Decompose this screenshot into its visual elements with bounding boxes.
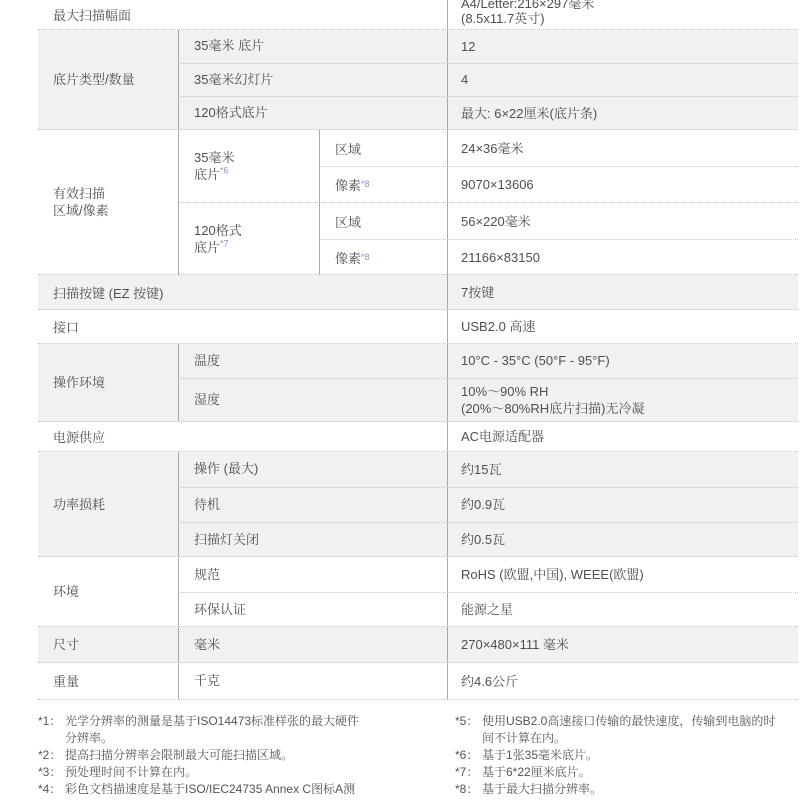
spec-sublabel: 待机: [178, 488, 447, 523]
footnote-marker: *1：: [38, 713, 65, 730]
spec-row-max-scan-area: 最大扫描幅面 A4/Letter:216×297毫米 (8.5x11.7英寸): [38, 0, 798, 30]
spec-value: 7按键: [447, 275, 798, 309]
footnote-text: 基于6*22厘米底片。: [482, 764, 784, 781]
footnotes: *1： 光学分辨率的测量是基于ISO14473标准样张的最大硬件分辨率。 *2：…: [0, 700, 800, 798]
footnote: *2： 提高扫描分辨率会限制最大可能扫描区域。: [38, 747, 418, 764]
spec-row-scan-buttons: 扫描按键 (EZ 按键) 7按键: [38, 275, 798, 310]
spec-label: 功率损耗: [38, 452, 178, 556]
footnote-marker: *6：: [455, 747, 482, 764]
spec-sublabel: 操作 (最大): [178, 452, 447, 487]
footnotes-right-column: *5： 使用USB2.0高速接口传输的最快速度，传输到电脑的时间不计算在内。 *…: [455, 713, 800, 798]
footnote-marker: *5：: [455, 713, 482, 730]
spec-film-block-120: 120格式 底片*7 区域 56×220毫米 像素*8 21166×83150: [178, 202, 798, 275]
spec-subrow: 操作 (最大) 约15瓦: [178, 452, 798, 487]
footnote: *7： 基于6*22厘米底片。: [455, 764, 800, 781]
spec-label: 重量: [38, 663, 178, 699]
spec-label: 最大扫描幅面: [38, 0, 447, 29]
spec-film-block-35mm: 35毫米 底片*6 区域 24×36毫米 像素*8 9070×13606: [178, 130, 798, 202]
spec-label: 有效扫描 区域/像素: [38, 130, 178, 274]
spec-value-text: A4/Letter:216×297毫米 (8.5x11.7英寸): [461, 0, 594, 26]
spec-subrow: 像素*8 21166×83150: [319, 239, 798, 275]
footnote-marker: *2：: [38, 747, 65, 764]
footnote: *5： 使用USB2.0高速接口传输的最快速度，传输到电脑的时间不计算在内。: [455, 713, 800, 747]
spec-subrow: 规范 RoHS (欧盟,中国), WEEE(欧盟): [178, 557, 798, 592]
footnote: *6： 基于1张35毫米底片。: [455, 747, 800, 764]
spec-subrow: 120格式底片 最大: 6×22厘米(底片条): [178, 96, 798, 129]
footnote-text: 基于最大扫描分辨率。: [482, 781, 784, 798]
spec-label: 扫描按键 (EZ 按键): [38, 275, 447, 309]
spec-subrow: 湿度 10%～90% RH (20%～80%RH底片扫描)无冷凝: [178, 378, 798, 421]
spec-sublabel: 像素*8: [319, 240, 447, 275]
footnote: *4： 彩色文档描速度是基于ISO/IEC24735 Annex C图标A测: [38, 781, 418, 798]
spec-value: 约0.5瓦: [447, 523, 798, 556]
spec-subrow: 35毫米 底片 12: [178, 30, 798, 63]
spec-value: 10%～90% RH (20%～80%RH底片扫描)无冷凝: [447, 379, 798, 421]
footnote-text: 预处理时间不计算在内。: [65, 764, 371, 781]
spec-subrow: 像素*8 9070×13606: [319, 166, 798, 202]
spec-group-environment: 环境 规范 RoHS (欧盟,中国), WEEE(欧盟) 环保认证 能源之星: [38, 557, 798, 627]
spec-value: A4/Letter:216×297毫米 (8.5x11.7英寸): [447, 0, 798, 29]
spec-row-interface: 接口 USB2.0 高速: [38, 310, 798, 344]
footnote-ref: *8: [361, 180, 370, 189]
spec-value: RoHS (欧盟,中国), WEEE(欧盟): [447, 557, 798, 592]
footnote-marker: *3：: [38, 764, 65, 781]
spec-sublabel: 环保认证: [178, 593, 447, 626]
footnote: *3： 预处理时间不计算在内。: [38, 764, 418, 781]
spec-subrow: 温度 10°C - 35°C (50°F - 95°F): [178, 344, 798, 378]
spec-subrow: 区域 24×36毫米: [319, 130, 798, 166]
spec-group-film-types: 底片类型/数量 35毫米 底片 12 35毫米幻灯片 4 120格式底片 最大:…: [38, 30, 798, 130]
spec-sublabel: 像素*8: [319, 167, 447, 202]
spec-value: 最大: 6×22厘米(底片条): [447, 97, 798, 129]
spec-sublabel: 35毫米 底片: [178, 30, 447, 63]
footnote: *8： 基于最大扫描分辨率。: [455, 781, 800, 798]
spec-subrow: 35毫米幻灯片 4: [178, 63, 798, 97]
spec-value-text: 10%～90% RH (20%～80%RH底片扫描)无冷凝: [461, 383, 644, 417]
spec-value: 21166×83150: [447, 240, 798, 275]
footnote-text: 提高扫描分辨率会限制最大可能扫描区域。: [65, 747, 371, 764]
spec-value: 能源之星: [447, 593, 798, 626]
spec-value: 12: [447, 30, 798, 63]
footnote-ref: *6: [220, 166, 229, 176]
spec-subrow: 扫描灯关闭 约0.5瓦: [178, 522, 798, 556]
footnote-text: 基于1张35毫米底片。: [482, 747, 784, 764]
spec-sublabel: 规范: [178, 557, 447, 592]
spec-value: 56×220毫米: [447, 203, 798, 239]
spec-value: 4: [447, 64, 798, 97]
spec-group-power-consumption: 功率损耗 操作 (最大) 约15瓦 待机 约0.9瓦 扫描灯关闭 约0.5瓦: [38, 452, 798, 557]
spec-sublabel: 温度: [178, 344, 447, 378]
spec-label: 尺寸: [38, 627, 178, 662]
spec-subrow: 待机 约0.9瓦: [178, 487, 798, 523]
spec-label: 操作环境: [38, 344, 178, 421]
spec-row-power-supply: 电源供应 AC电源适配器: [38, 422, 798, 452]
spec-sublabel: 35毫米 底片*6: [178, 130, 319, 202]
spec-sublabel: 毫米: [178, 627, 447, 662]
footnote: *1： 光学分辨率的测量是基于ISO14473标准样张的最大硬件分辨率。: [38, 713, 418, 747]
spec-value: 270×480×111 毫米: [447, 627, 798, 662]
spec-label: 环境: [38, 557, 178, 626]
spec-sublabel: 扫描灯关闭: [178, 523, 447, 556]
footnote-marker: *8：: [455, 781, 482, 798]
spec-sublabel: 区域: [319, 130, 447, 166]
footnote-marker: *4：: [38, 781, 65, 798]
spec-value: 9070×13606: [447, 167, 798, 202]
spec-value: 约4.6公斤: [447, 663, 798, 699]
footnote-text: 使用USB2.0高速接口传输的最快速度，传输到电脑的时间不计算在内。: [482, 713, 784, 747]
footnote-text: 光学分辨率的测量是基于ISO14473标准样张的最大硬件分辨率。: [65, 713, 371, 747]
spec-sublabel: 35毫米幻灯片: [178, 64, 447, 97]
footnotes-left-column: *1： 光学分辨率的测量是基于ISO14473标准样张的最大硬件分辨率。 *2：…: [38, 713, 418, 798]
spec-label: 接口: [38, 310, 447, 343]
spec-sublabel: 120格式 底片*7: [178, 203, 319, 275]
spec-label: 电源供应: [38, 422, 447, 451]
spec-value: 约15瓦: [447, 452, 798, 487]
footnote-ref: *7: [220, 239, 229, 249]
spec-sublabel: 千克: [178, 663, 447, 699]
spec-group-scan-area-pixels: 有效扫描 区域/像素 35毫米 底片*6 区域 24×36毫米: [38, 130, 798, 275]
spec-value: 24×36毫米: [447, 130, 798, 166]
spec-sublabel: 湿度: [178, 379, 447, 421]
spec-row-weight: 重量 千克 约4.6公斤: [38, 663, 798, 700]
footnote-text: 彩色文档描速度是基于ISO/IEC24735 Annex C图标A测: [65, 781, 371, 798]
footnote-ref: *8: [361, 253, 370, 262]
spec-value: 约0.9瓦: [447, 488, 798, 523]
spec-row-dimensions: 尺寸 毫米 270×480×111 毫米: [38, 627, 798, 663]
spec-subrow: 区域 56×220毫米: [319, 203, 798, 239]
spec-value: 10°C - 35°C (50°F - 95°F): [447, 344, 798, 378]
spec-group-operating-environment: 操作环境 温度 10°C - 35°C (50°F - 95°F) 湿度 10%…: [38, 344, 798, 422]
spec-label: 底片类型/数量: [38, 30, 178, 129]
spec-value: USB2.0 高速: [447, 310, 798, 343]
footnote-marker: *7：: [455, 764, 482, 781]
spec-table: 最大扫描幅面 A4/Letter:216×297毫米 (8.5x11.7英寸) …: [38, 0, 798, 700]
spec-subrow: 环保认证 能源之星: [178, 592, 798, 626]
spec-value: AC电源适配器: [447, 422, 798, 451]
spec-sublabel: 120格式底片: [178, 97, 447, 129]
spec-sublabel: 区域: [319, 203, 447, 239]
